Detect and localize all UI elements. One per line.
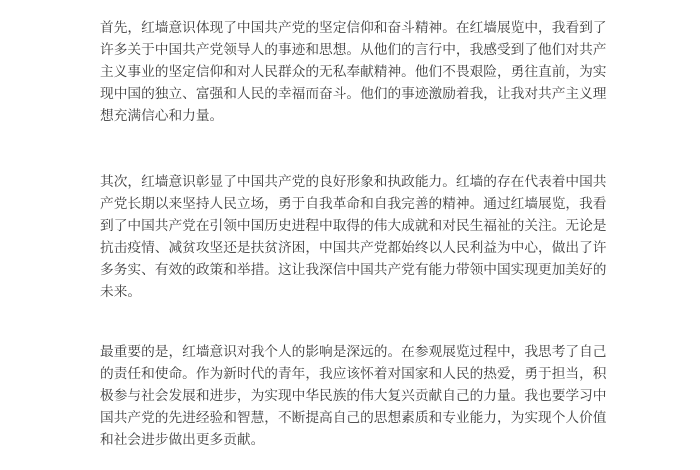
paragraph-3: 最重要的是，红墙意识对我个人的影响是深远的。在参观展览过程中，我思考了自己 的责… xyxy=(100,341,620,451)
text-line: 抗击疫情、减贫攻坚还是扶贫济困，中国共产党都始终以人民利益为中心，做出了许 xyxy=(100,237,620,259)
text-line: 主义事业的坚定信仰和对人民群众的无私奉献精神。他们不畏艰险，勇往直前，为实 xyxy=(100,61,620,83)
paragraph-2: 其次，红墙意识彰显了中国共产党的良好形象和执政能力。红墙的存在代表着中国共 产党… xyxy=(100,171,620,303)
text-line: 产党长期以来坚持人民立场，勇于自我革命和自我完善的精神。通过红墙展览，我看 xyxy=(100,193,620,215)
text-line: 多务实、有效的政策和举措。这让我深信中国共产党有能力带领中国实现更加美好的 xyxy=(100,259,620,281)
text-line: 到了中国共产党在引领中国历史进程中取得的伟大成就和对民生福祉的关注。无论是 xyxy=(100,215,620,237)
text-line: 许多关于中国共产党领导人的事迹和思想。从他们的言行中，我感受到了他们对共产 xyxy=(100,39,620,61)
text-line: 和社会进步做出更多贡献。 xyxy=(100,429,620,451)
text-line: 国共产党的先进经验和智慧，不断提高自己的思想素质和专业能力，为实现个人价值 xyxy=(100,407,620,429)
text-line: 其次，红墙意识彰显了中国共产党的良好形象和执政能力。红墙的存在代表着中国共 xyxy=(100,171,620,193)
text-line: 首先，红墙意识体现了中国共产党的坚定信仰和奋斗精神。在红墙展览中，我看到了 xyxy=(100,17,620,39)
document-page: 首先，红墙意识体现了中国共产党的坚定信仰和奋斗精神。在红墙展览中，我看到了 许多… xyxy=(0,0,620,451)
text-line: 极参与社会发展和进步，为实现中华民族的伟大复兴贡献自己的力量。我也要学习中 xyxy=(100,385,620,407)
text-line: 现中国的独立、富强和人民的幸福而奋斗。他们的事迹激励着我，让我对共产主义理 xyxy=(100,83,620,105)
text-line: 的责任和使命。作为新时代的青年，我应该怀着对国家和人民的热爱，勇于担当，积 xyxy=(100,363,620,385)
paragraph-1: 首先，红墙意识体现了中国共产党的坚定信仰和奋斗精神。在红墙展览中，我看到了 许多… xyxy=(100,17,620,127)
text-line: 最重要的是，红墙意识对我个人的影响是深远的。在参观展览过程中，我思考了自己 xyxy=(100,341,620,363)
text-line: 想充满信心和力量。 xyxy=(100,105,620,127)
text-line: 未来。 xyxy=(100,281,620,303)
